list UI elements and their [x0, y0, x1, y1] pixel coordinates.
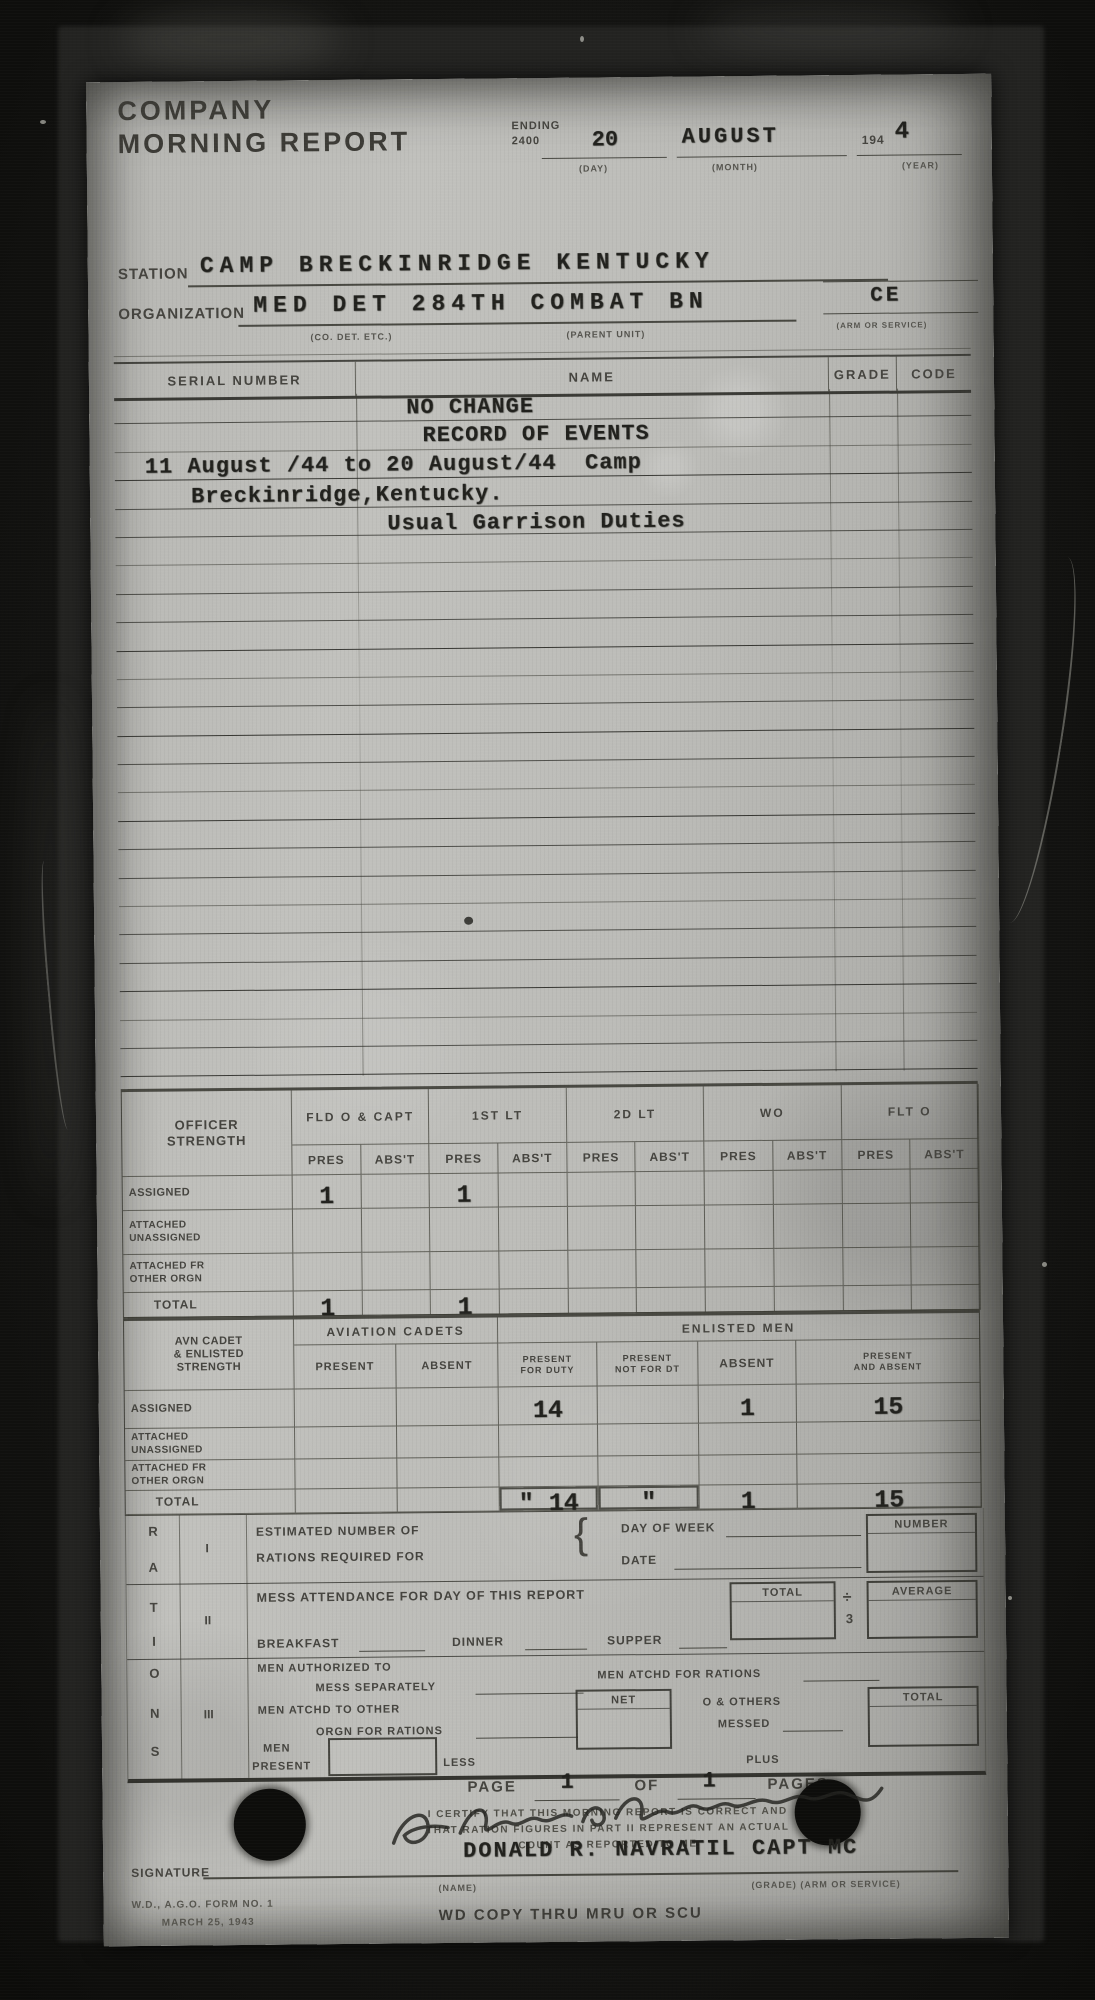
- officer-cell: [842, 1204, 911, 1249]
- enlisted-cell: [699, 1423, 797, 1456]
- enlisted-cell: [296, 1488, 398, 1513]
- month-value: AUGUST: [682, 124, 779, 150]
- enlisted-strength-table: AVN CADET & ENLISTED STRENGTH AVIATION C…: [123, 1310, 982, 1516]
- rations-numeral-3: III: [194, 1707, 224, 1721]
- row-label-assigned: ASSIGNED: [125, 1389, 295, 1429]
- organization-label: ORGANIZATION: [118, 305, 245, 323]
- enlisted-cell: 15: [798, 1483, 982, 1509]
- enlisted-cell: 15: [797, 1383, 981, 1423]
- arm-value: CE: [870, 285, 901, 308]
- rations-numeral-2: II: [193, 1613, 223, 1627]
- roster-entry: RECORD OF EVENTS: [422, 421, 649, 448]
- scan-artifact: [30, 700, 70, 1200]
- form-title-line1: COMPANY: [117, 95, 274, 128]
- men-atchd-other-line1: MEN ATCHD TO OTHER: [258, 1703, 401, 1716]
- rations-letter: O: [141, 1666, 167, 1681]
- number-box: NUMBER: [866, 1513, 978, 1573]
- enlisted-cell: 1: [700, 1485, 798, 1510]
- enlisted-cell: [598, 1424, 699, 1457]
- officer-cell: [912, 1285, 981, 1311]
- year-line: [857, 154, 962, 156]
- month-line: [677, 155, 847, 158]
- enlisted-cell: [699, 1455, 797, 1486]
- signature-label: SIGNATURE: [131, 1865, 210, 1880]
- row-label-total: TOTAL: [124, 1291, 294, 1318]
- supper-line: [679, 1647, 727, 1648]
- officer-cell: [911, 1247, 980, 1286]
- rations-divider: [179, 1516, 183, 1779]
- men-label: MEN: [263, 1743, 291, 1755]
- officer-cell: [843, 1286, 912, 1312]
- group-2d-lt: 2D LT: [566, 1087, 704, 1143]
- group-1st-lt: 1ST LT: [429, 1088, 567, 1144]
- subheader-absent: ABSENT: [396, 1343, 498, 1388]
- officer-cell: [499, 1207, 568, 1252]
- officer-cell: [636, 1171, 705, 1206]
- subheader-pres: PRES: [292, 1145, 361, 1176]
- row-label-attached-fr: ATTACHED FR OTHER ORGN: [125, 1459, 295, 1491]
- subheader-abst: ABS'T: [361, 1144, 430, 1175]
- group-fldo-capt: FLD O & CAPT: [292, 1089, 430, 1145]
- subheader-pres: PRES: [430, 1143, 499, 1174]
- hole-punch-left: [233, 1788, 306, 1861]
- rations-letter: I: [141, 1634, 167, 1649]
- rations-letter: N: [142, 1706, 168, 1721]
- org-sub-right: (PARENT UNIT): [566, 329, 645, 340]
- net-box-label: NET: [578, 1691, 670, 1710]
- signature-line: [203, 1870, 958, 1879]
- supper-label: SUPPER: [607, 1633, 662, 1648]
- month-label: (MONTH): [712, 162, 758, 172]
- officer-cell: [774, 1286, 843, 1312]
- enlisted-cell: [499, 1457, 598, 1488]
- officer-cell: [705, 1249, 774, 1288]
- rations-letter: A: [140, 1560, 166, 1575]
- mess-total-box-label: TOTAL: [732, 1583, 834, 1602]
- form-title-line2: MORNING REPORT: [118, 126, 411, 160]
- officer-table-title: OFFICER STRENGTH: [122, 1090, 293, 1177]
- officer-cell: [842, 1170, 911, 1205]
- officer-value: 1: [456, 1181, 471, 1210]
- rations-letter: T: [141, 1600, 167, 1615]
- rations-numeral-1: I: [192, 1541, 222, 1555]
- officer-cell: [637, 1249, 706, 1288]
- enlisted-cell: [598, 1456, 699, 1487]
- breakfast-label: BREAKFAST: [257, 1636, 339, 1651]
- date-line: [674, 1567, 861, 1570]
- enlisted-cell: 14: [499, 1387, 598, 1426]
- officer-cell: [500, 1289, 569, 1315]
- scan-artifact: [700, 4, 960, 54]
- enlisted-cell: " 14: [500, 1487, 599, 1512]
- station-label: STATION: [118, 265, 189, 283]
- enlisted-cell: [397, 1387, 499, 1426]
- officer-cell: [774, 1204, 843, 1249]
- officer-cell: [362, 1290, 431, 1316]
- officer-cell: [911, 1169, 980, 1204]
- officer-cell: [293, 1209, 362, 1254]
- enlisted-cell: [397, 1457, 499, 1488]
- men-authorized-line1: MEN AUTHORIZED TO: [257, 1662, 391, 1675]
- subheader-present-not-for-dt: PRESENT NOT FOR DT: [597, 1342, 698, 1387]
- subheader-absent-em: ABSENT: [698, 1341, 796, 1386]
- org-sub-left: (CO. DET. ETC.): [310, 331, 392, 342]
- name-label: (NAME): [438, 1883, 477, 1893]
- plus-label: PLUS: [746, 1754, 779, 1766]
- brace-glyph: {: [574, 1510, 589, 1558]
- officer-cell: 1: [293, 1175, 362, 1210]
- row-label-attached-unassigned: ATTACHED UNASSIGNED: [125, 1427, 295, 1461]
- typed-name: DONALD R. NAVRATIL CAPT MC: [463, 1835, 858, 1864]
- rations-letter: S: [142, 1744, 168, 1759]
- year-value: 4: [894, 118, 909, 145]
- date-label: DATE: [621, 1553, 657, 1567]
- enlisted-value: 14: [533, 1396, 563, 1425]
- rations-divider: [246, 1515, 250, 1778]
- rations-letter: R: [140, 1524, 166, 1539]
- divisor: 3: [846, 1611, 854, 1626]
- average-box: AVERAGE: [866, 1580, 978, 1639]
- officer-cell: [361, 1174, 430, 1209]
- day-value: 20: [592, 127, 619, 152]
- officer-cell: [637, 1287, 706, 1313]
- form-date: MARCH 25, 1943: [162, 1917, 255, 1929]
- roster-rows: NO CHANGE RECORD OF EVENTS 11 August /44…: [114, 388, 978, 1078]
- scan-artifact: [120, 10, 340, 70]
- officer-cell: [293, 1253, 362, 1292]
- enlisted-cell: [797, 1453, 981, 1485]
- group-wo: WO: [704, 1085, 842, 1141]
- arm-line: [823, 312, 978, 314]
- men-atchd-line: [803, 1680, 879, 1682]
- station-value: CAMP BRECKINRIDGE KENTUCKY: [200, 248, 715, 279]
- less-label: LESS: [443, 1757, 476, 1769]
- form-paper: COMPANY MORNING REPORT ENDING 2400 20 (D…: [86, 74, 1009, 1947]
- col-header-serial-number: SERIAL NUMBER: [114, 362, 356, 398]
- group-flt-o: FLT O: [841, 1084, 979, 1140]
- day-label: (DAY): [579, 163, 608, 173]
- col-header-code: CODE: [897, 356, 971, 391]
- officer-strength-table: OFFICER STRENGTH FLD O & CAPT 1ST LT 2D …: [121, 1081, 980, 1318]
- subheader-pres: PRES: [842, 1140, 911, 1171]
- subheader-pres: PRES: [567, 1142, 636, 1173]
- enlisted-cell: [295, 1388, 397, 1427]
- rations-estimated-line1: ESTIMATED NUMBER OF: [256, 1523, 420, 1539]
- organization-value: MED DET 284TH COMBAT BN: [253, 288, 709, 318]
- enlisted-cell: [398, 1487, 500, 1512]
- day-line: [542, 157, 667, 159]
- mess-separately-line: [476, 1693, 584, 1695]
- officer-cell: [773, 1170, 842, 1205]
- row-label-assigned: ASSIGNED: [123, 1175, 293, 1211]
- enlisted-cell: [797, 1421, 981, 1455]
- roster-entry: NO CHANGE: [406, 394, 534, 420]
- officer-cell: [430, 1207, 499, 1252]
- present-label: PRESENT: [252, 1760, 311, 1773]
- breakfast-line: [359, 1650, 425, 1652]
- average-box-label: AVERAGE: [869, 1582, 976, 1601]
- officer-cell: [636, 1205, 705, 1250]
- officer-cell: [911, 1203, 980, 1248]
- enlisted-cell: ": [599, 1486, 700, 1511]
- messed-line: [783, 1730, 843, 1732]
- subheader-abst: ABS'T: [910, 1139, 979, 1170]
- organization-line: [238, 320, 796, 327]
- others-line1: O & OTHERS: [703, 1696, 782, 1709]
- subheader-pres: PRES: [704, 1141, 773, 1172]
- roster-entry: Usual Garrison Duties: [387, 508, 685, 536]
- subheader-present: PRESENT: [294, 1344, 396, 1389]
- rations-total-box-label: TOTAL: [870, 1688, 977, 1707]
- rations-total-box: TOTAL: [868, 1686, 980, 1747]
- roster-entry: Breckinridge,Kentucky.: [191, 482, 504, 510]
- scanned-morning-report: COMPANY MORNING REPORT ENDING 2400 20 (D…: [0, 0, 1095, 2000]
- officer-cell: [843, 1248, 912, 1287]
- scan-speck: [40, 120, 46, 124]
- ending-time: 2400: [512, 135, 541, 147]
- ending-label: ENDING: [511, 120, 560, 132]
- officer-cell: [568, 1250, 637, 1289]
- men-atchd-for-rations: MEN ATCHD FOR RATIONS: [597, 1668, 761, 1682]
- subheader-abst: ABS'T: [636, 1142, 705, 1173]
- rations-section: R A T I O N S I II III ESTIMATED NUMBER …: [125, 1508, 987, 1783]
- divide-sign: ÷: [843, 1589, 853, 1607]
- rations-estimated-line2: RATIONS REQUIRED FOR: [256, 1549, 425, 1565]
- year-label: (YEAR): [902, 160, 939, 170]
- men-present-box: [328, 1737, 437, 1776]
- rations-divider: [127, 1651, 984, 1660]
- officer-cell: [568, 1206, 637, 1251]
- officer-cell: [705, 1171, 774, 1206]
- officer-cell: [499, 1251, 568, 1290]
- officer-value: 1: [319, 1182, 334, 1211]
- subheader-abst: ABS'T: [773, 1140, 842, 1171]
- dinner-label: DINNER: [452, 1634, 504, 1648]
- group-aviation-cadets: AVIATION CADETS: [294, 1317, 498, 1345]
- enlisted-cell: 1: [699, 1385, 797, 1424]
- enlisted-value: 1: [740, 1394, 755, 1423]
- enlisted-cell: [499, 1425, 598, 1458]
- subheader-present-for-duty: PRESENT FOR DUTY: [498, 1343, 597, 1388]
- copy-note: WD COPY THRU MRU OR SCU: [439, 1905, 703, 1925]
- enlisted-cell: [397, 1425, 499, 1458]
- enlisted-value: 15: [873, 1393, 903, 1422]
- officer-cell: 1: [294, 1291, 363, 1317]
- roster-entry: 11 August /44 to 20 August/44 Camp: [145, 450, 642, 480]
- rations-divider: [126, 1576, 983, 1585]
- men-authorized-line2: MESS SEPARATELY: [315, 1681, 436, 1694]
- enlisted-table-title: AVN CADET & ENLISTED STRENGTH: [124, 1319, 295, 1391]
- officer-cell: [568, 1288, 637, 1314]
- subheader-abst: ABS'T: [498, 1143, 567, 1174]
- mess-attendance-label: MESS ATTENDANCE FOR DAY OF THIS REPORT: [257, 1588, 585, 1605]
- row-label-total: TOTAL: [126, 1489, 296, 1515]
- officer-cell: [774, 1248, 843, 1287]
- station-line: [188, 279, 888, 288]
- row-label-attached-unassigned: ATTACHED UNASSIGNED: [123, 1209, 293, 1255]
- number-box-label: NUMBER: [868, 1515, 975, 1534]
- grade-arm-label: (GRADE) (ARM OR SERVICE): [751, 1879, 900, 1890]
- officer-cell: [499, 1173, 568, 1208]
- mess-total-box: TOTAL: [730, 1581, 837, 1640]
- year-prefix: 194: [862, 133, 885, 147]
- officer-cell: [705, 1205, 774, 1250]
- arm-label: (ARM OR SERVICE): [836, 320, 927, 330]
- officer-cell: [431, 1251, 500, 1290]
- officer-cell: [362, 1252, 431, 1291]
- officer-cell: [362, 1208, 431, 1253]
- row-label-attached-fr: ATTACHED FR OTHER ORGN: [123, 1253, 293, 1293]
- day-of-week-label: DAY OF WEEK: [621, 1520, 715, 1535]
- net-box: NET: [576, 1689, 673, 1750]
- officer-cell: [567, 1172, 636, 1207]
- col-header-grade: GRADE: [828, 357, 897, 392]
- form-number: W.D., A.G.O. FORM NO. 1: [132, 1899, 274, 1911]
- enlisted-cell: [598, 1386, 699, 1425]
- arm-top-line: [823, 280, 978, 282]
- enlisted-cell: [295, 1426, 397, 1459]
- officer-cell: 1: [431, 1289, 500, 1315]
- dinner-line: [525, 1649, 587, 1651]
- officer-cell: [706, 1287, 775, 1313]
- subheader-present-and-absent: PRESENT AND ABSENT: [796, 1339, 980, 1385]
- others-line2: MESSED: [718, 1718, 771, 1731]
- enlisted-cell: [295, 1458, 397, 1489]
- orgn-rations-line: [476, 1737, 578, 1739]
- day-of-week-line: [726, 1535, 861, 1537]
- officer-cell: 1: [430, 1173, 499, 1208]
